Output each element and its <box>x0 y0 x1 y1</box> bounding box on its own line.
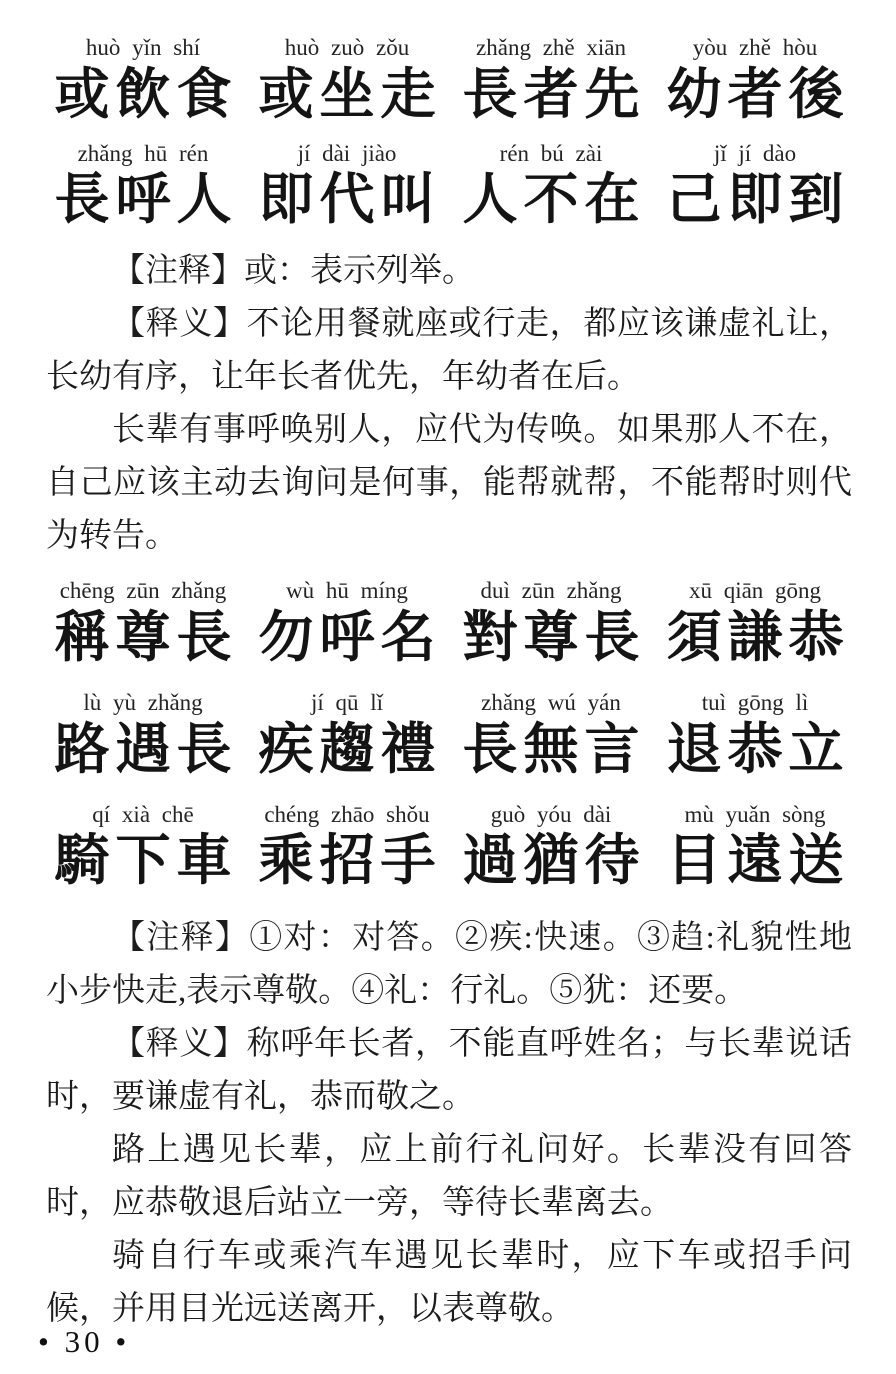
verse-group: lù yù zhǎng 路遇長 <box>46 689 240 783</box>
verse-group: yòu zhě hòu 幼者後 <box>658 34 852 128</box>
explanation-paragraph: 长辈有事呼唤别人，应代为传唤。如果那人不在，自己应该主动去询问是何事，能帮就帮，… <box>46 404 852 563</box>
pinyin-text: xū qiān gōng <box>658 577 852 606</box>
pinyin-text: guò yóu dài <box>454 801 648 830</box>
verse-group: zhǎng wú yán 長無言 <box>454 689 648 783</box>
pinyin-text: qí xià chē <box>46 801 240 830</box>
verse-group: tuì gōng lì 退恭立 <box>658 689 852 783</box>
verse-row: zhǎng hū rén 長呼人 jí dài jiào 即代叫 rén bú … <box>46 140 852 234</box>
pinyin-text: huò yǐn shí <box>46 34 240 63</box>
verse-row: qí xià chē 騎下車 chéng zhāo shǒu 乘招手 guò y… <box>46 801 852 895</box>
pinyin-text: jí qū lǐ <box>250 689 444 718</box>
verse-group: rén bú zài 人不在 <box>454 140 648 234</box>
pinyin-text: rén bú zài <box>454 140 648 169</box>
hanzi-text: 即代叫 <box>250 168 444 233</box>
verse-group: chēng zūn zhǎng 稱尊長 <box>46 577 240 671</box>
pinyin-text: yòu zhě hòu <box>658 34 852 63</box>
hanzi-text: 人不在 <box>454 168 648 233</box>
verse-group: chéng zhāo shǒu 乘招手 <box>250 801 444 895</box>
pinyin-text: mù yuǎn sòng <box>658 801 852 830</box>
hanzi-text: 或飲食 <box>46 63 240 128</box>
hanzi-text: 幼者後 <box>658 63 852 128</box>
explanation-paragraph: 【释义】称呼年长者，不能直呼姓名；与长辈说话时，要谦虚有礼，恭而敬之。 <box>46 1018 852 1124</box>
hanzi-text: 對尊長 <box>454 606 648 671</box>
hanzi-text: 疾趨禮 <box>250 718 444 783</box>
verse-group: qí xià chē 騎下車 <box>46 801 240 895</box>
pinyin-text: zhǎng wú yán <box>454 689 648 718</box>
hanzi-text: 目遠送 <box>658 829 852 894</box>
hanzi-text: 路遇長 <box>46 718 240 783</box>
hanzi-text: 須謙恭 <box>658 606 852 671</box>
verse-group: zhǎng zhě xiān 長者先 <box>454 34 648 128</box>
hanzi-text: 己即到 <box>658 168 852 233</box>
pinyin-text: chéng zhāo shǒu <box>250 801 444 830</box>
verse-group: guò yóu dài 過猶待 <box>454 801 648 895</box>
pinyin-text: jí dài jiào <box>250 140 444 169</box>
verse-group: zhǎng hū rén 長呼人 <box>46 140 240 234</box>
hanzi-text: 長呼人 <box>46 168 240 233</box>
verse-group: xū qiān gōng 須謙恭 <box>658 577 852 671</box>
page-number: • 30 • <box>38 1324 130 1360</box>
verse-group: jí dài jiào 即代叫 <box>250 140 444 234</box>
pinyin-text: huò zuò zǒu <box>250 34 444 63</box>
pinyin-text: zhǎng zhě xiān <box>454 34 648 63</box>
verse-group: huò yǐn shí 或飲食 <box>46 34 240 128</box>
annotation-section-1: 【注释】或：表示列举。 【释义】不论用餐就座或行走，都应该谦虚礼让，长幼有序，让… <box>46 245 852 563</box>
verse-row: lù yù zhǎng 路遇長 jí qū lǐ 疾趨禮 zhǎng wú yá… <box>46 689 852 783</box>
verse-group: duì zūn zhǎng 對尊長 <box>454 577 648 671</box>
pinyin-text: lù yù zhǎng <box>46 689 240 718</box>
verse-row: huò yǐn shí 或飲食 huò zuò zǒu 或坐走 zhǎng zh… <box>46 34 852 128</box>
pinyin-text: zhǎng hū rén <box>46 140 240 169</box>
verse-group: wù hū míng 勿呼名 <box>250 577 444 671</box>
explanation-paragraph: 骑自行车或乘汽车遇见长辈时，应下车或招手问候，并用目光远送离开，以表尊敬。 <box>46 1230 852 1336</box>
pinyin-text: tuì gōng lì <box>658 689 852 718</box>
pinyin-text: jǐ jí dào <box>658 140 852 169</box>
verse-block-1: huò yǐn shí 或飲食 huò zuò zǒu 或坐走 zhǎng zh… <box>46 34 852 233</box>
pinyin-text: chēng zūn zhǎng <box>46 577 240 606</box>
book-page: huò yǐn shí 或飲食 huò zuò zǒu 或坐走 zhǎng zh… <box>0 0 896 1374</box>
annotation-section-2: 【注释】①对：对答。②疾:快速。③趋:礼貌性地小步快走,表示尊敬。④礼：行礼。⑤… <box>46 912 852 1336</box>
note-paragraph: 【注释】或：表示列举。 <box>46 245 852 298</box>
pinyin-text: duì zūn zhǎng <box>454 577 648 606</box>
hanzi-text: 稱尊長 <box>46 606 240 671</box>
hanzi-text: 騎下車 <box>46 829 240 894</box>
explanation-paragraph: 【释义】不论用餐就座或行走，都应该谦虚礼让，长幼有序，让年长者优先，年幼者在后。 <box>46 298 852 404</box>
hanzi-text: 退恭立 <box>658 718 852 783</box>
hanzi-text: 過猶待 <box>454 829 648 894</box>
verse-block-2: chēng zūn zhǎng 稱尊長 wù hū míng 勿呼名 duì z… <box>46 577 852 894</box>
hanzi-text: 長無言 <box>454 718 648 783</box>
hanzi-text: 乘招手 <box>250 829 444 894</box>
verse-group: jí qū lǐ 疾趨禮 <box>250 689 444 783</box>
hanzi-text: 長者先 <box>454 63 648 128</box>
verse-group: jǐ jí dào 己即到 <box>658 140 852 234</box>
explanation-paragraph: 路上遇见长辈，应上前行礼问好。长辈没有回答时，应恭敬退后站立一旁，等待长辈离去。 <box>46 1124 852 1230</box>
hanzi-text: 或坐走 <box>250 63 444 128</box>
note-paragraph: 【注释】①对：对答。②疾:快速。③趋:礼貌性地小步快走,表示尊敬。④礼：行礼。⑤… <box>46 912 852 1018</box>
hanzi-text: 勿呼名 <box>250 606 444 671</box>
pinyin-text: wù hū míng <box>250 577 444 606</box>
verse-row: chēng zūn zhǎng 稱尊長 wù hū míng 勿呼名 duì z… <box>46 577 852 671</box>
verse-group: huò zuò zǒu 或坐走 <box>250 34 444 128</box>
verse-group: mù yuǎn sòng 目遠送 <box>658 801 852 895</box>
